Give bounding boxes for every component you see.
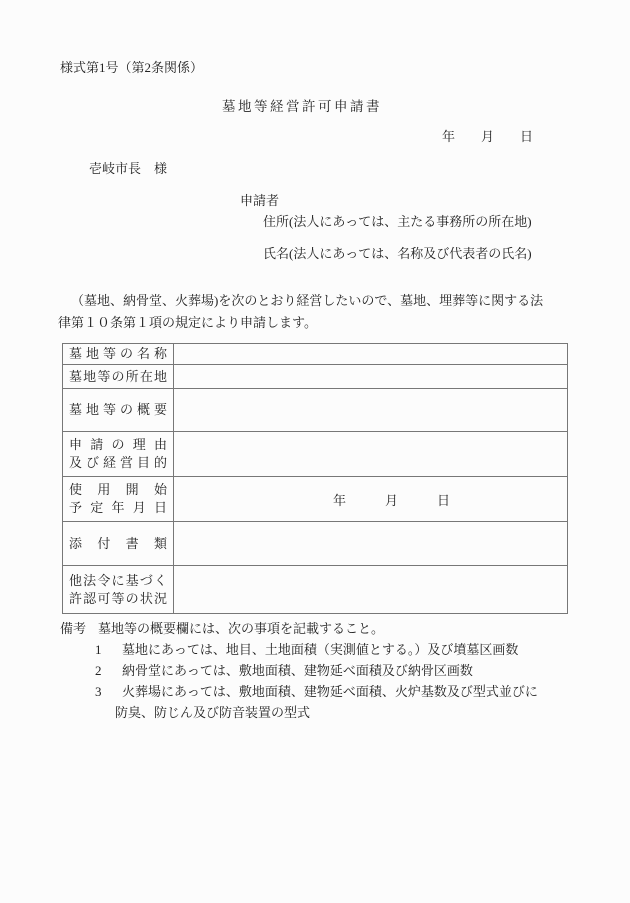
body-paragraph: （墓地、納骨堂、火葬場)を次のとおり経営したいので、墓地、埋葬等に関する法 律第… bbox=[58, 290, 570, 334]
table-row-location: 墓地等の所在地 bbox=[63, 365, 567, 389]
remarks-intro: 墓地等の概要欄には、次の事項を記載すること。 bbox=[98, 618, 384, 639]
application-form-page: 様式第1号（第2条関係） 墓地等経営許可申請書 年 月 日 壱岐市長 様 申請者… bbox=[0, 0, 630, 903]
applicant-address-note: 住所(法人にあっては、主たる事務所の所在地) bbox=[263, 214, 532, 230]
table-row-reason: 申請の理由 及び経営目的 bbox=[63, 432, 567, 477]
remark-item-3-continuation: 防臭、防じん及び防音装置の型式 bbox=[60, 702, 580, 723]
remark-item-3-number: 3 bbox=[95, 681, 122, 702]
applicant-name-note: 氏名(法人にあっては、名称及び代表者の氏名) bbox=[263, 246, 532, 262]
row-label-outline: 墓地等の概要 bbox=[63, 389, 174, 431]
row-value-reason bbox=[174, 432, 567, 476]
row-value-start-date: 年 月 日 bbox=[174, 477, 567, 521]
row-label-location: 墓地等の所在地 bbox=[63, 365, 174, 388]
form-number: 様式第1号（第2条関係） bbox=[60, 60, 203, 76]
application-table: 墓地等の名称 墓地等の所在地 墓地等の概要 申請の理由 及び経営目的 bbox=[62, 343, 568, 614]
applicant-label: 申請者 bbox=[240, 193, 279, 209]
start-date-placeholder: 年 月 日 bbox=[174, 490, 450, 509]
row-value-attachments bbox=[174, 522, 567, 565]
remark-item-2: 2 納骨堂にあっては、敷地面積、建物延べ面積及び納骨区画数 bbox=[60, 660, 580, 681]
body-paragraph-line2: 律第１０条第１項の規定により申請します。 bbox=[58, 312, 570, 334]
remark-item-1: 1 墓地にあっては、地目、土地面積（実測値とする。）及び墳墓区画数 bbox=[60, 639, 580, 660]
remark-item-2-text: 納骨堂にあっては、敷地面積、建物延べ面積及び納骨区画数 bbox=[122, 660, 473, 681]
addressee: 壱岐市長 様 bbox=[89, 161, 167, 177]
row-value-location bbox=[174, 365, 567, 388]
table-row-other-permits: 他法令に基づく 許認可等の状況 bbox=[63, 566, 567, 613]
table-row-outline: 墓地等の概要 bbox=[63, 389, 567, 432]
header-date-line: 年 月 日 bbox=[442, 129, 533, 145]
remark-item-1-number: 1 bbox=[95, 639, 122, 660]
table-row-attachments: 添付書類 bbox=[63, 522, 567, 566]
remark-item-3: 3 火葬場にあっては、敷地面積、建物延べ面積、火炉基数及び型式並びに bbox=[60, 681, 580, 702]
row-value-outline bbox=[174, 389, 567, 431]
remark-item-3-text: 火葬場にあっては、敷地面積、建物延べ面積、火炉基数及び型式並びに bbox=[122, 681, 538, 702]
row-value-name bbox=[174, 344, 567, 364]
row-label-reason: 申請の理由 及び経営目的 bbox=[63, 432, 174, 476]
row-label-start-date: 使用開始 予定年月日 bbox=[63, 477, 174, 521]
remark-item-2-number: 2 bbox=[95, 660, 122, 681]
body-paragraph-line1: （墓地、納骨堂、火葬場)を次のとおり経営したいので、墓地、埋葬等に関する法 bbox=[58, 290, 570, 312]
row-label-name: 墓地等の名称 bbox=[63, 344, 174, 364]
remarks-section: 備考 墓地等の概要欄には、次の事項を記載すること。 1 墓地にあっては、地目、土… bbox=[60, 618, 580, 723]
row-label-attachments: 添付書類 bbox=[63, 522, 174, 565]
remark-item-1-text: 墓地にあっては、地目、土地面積（実測値とする。）及び墳墓区画数 bbox=[122, 639, 518, 660]
table-row-start-date: 使用開始 予定年月日 年 月 日 bbox=[63, 477, 567, 522]
remarks-label: 備考 bbox=[60, 618, 98, 639]
row-label-other-permits: 他法令に基づく 許認可等の状況 bbox=[63, 566, 174, 613]
row-value-other-permits bbox=[174, 566, 567, 613]
remarks-header: 備考 墓地等の概要欄には、次の事項を記載すること。 bbox=[60, 618, 580, 639]
table-row-name: 墓地等の名称 bbox=[63, 344, 567, 365]
page-title: 墓地等経営許可申請書 bbox=[222, 99, 382, 115]
